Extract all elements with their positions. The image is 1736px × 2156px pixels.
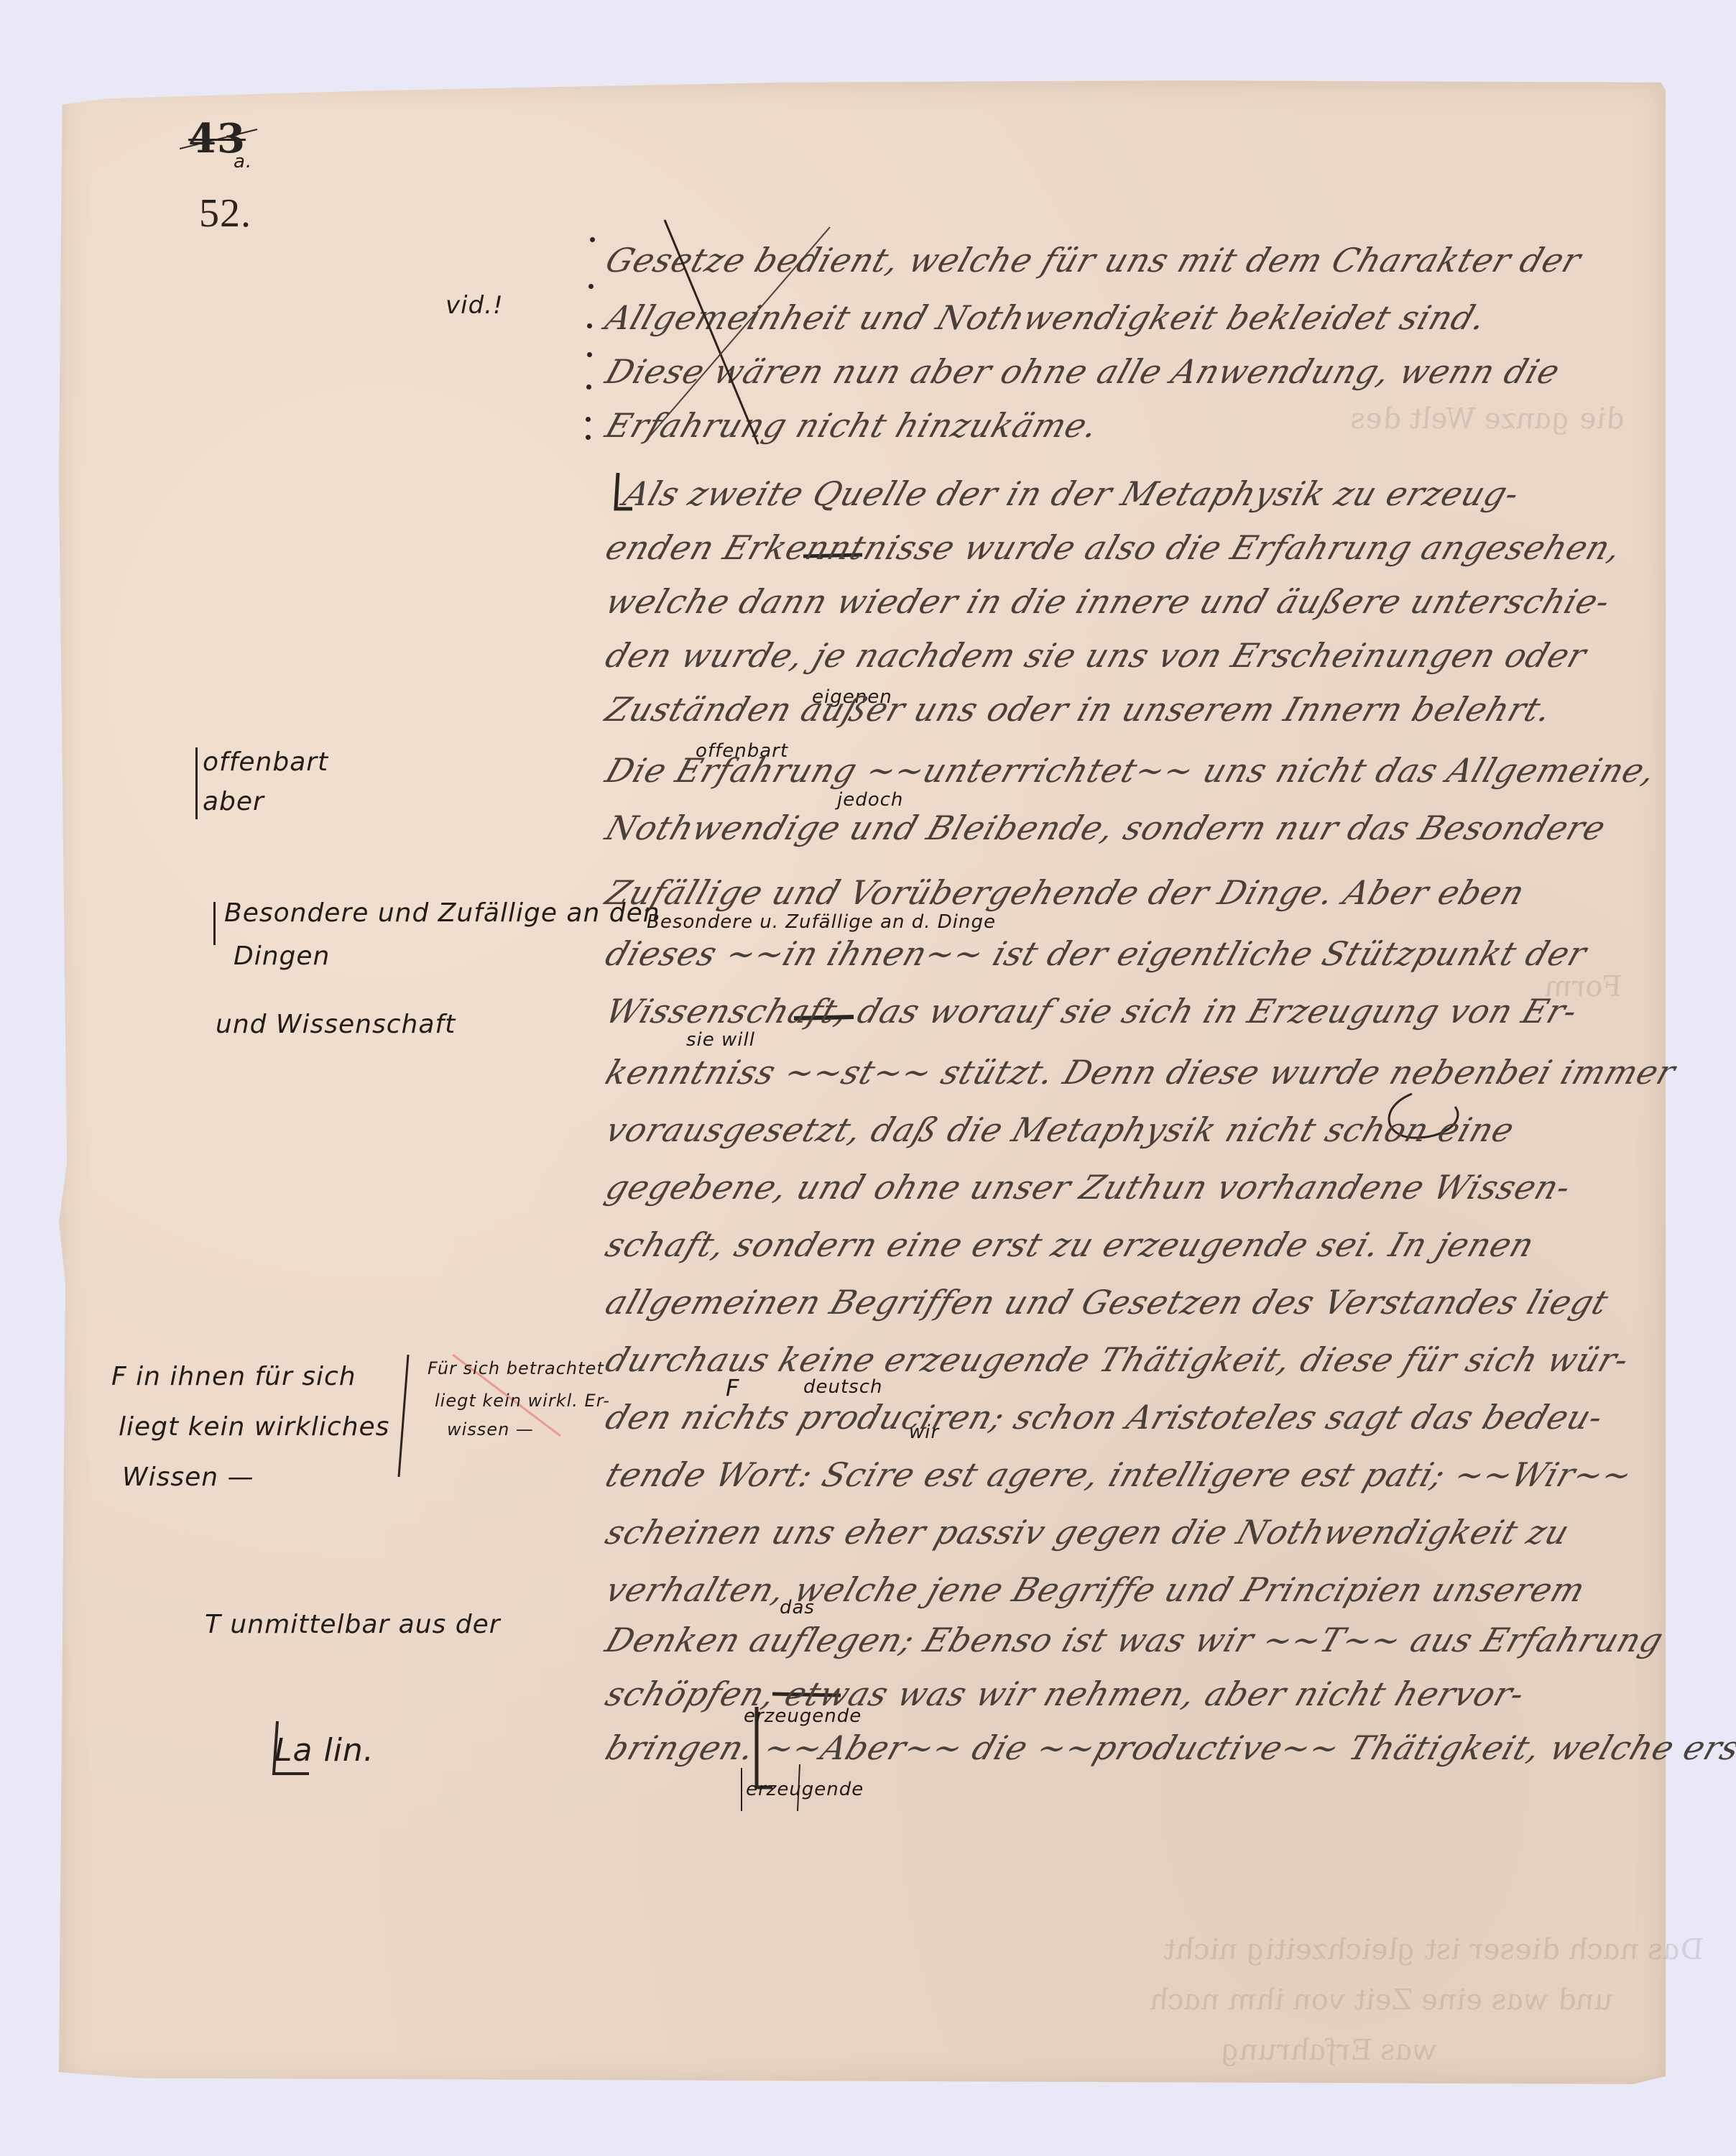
bottom-insert: erzeugende (746, 1779, 864, 1800)
margin-note-fuer-sich: Wissen — (122, 1462, 254, 1492)
margin-bar (213, 902, 216, 945)
main-line: Zufällige und Vorübergehende der Dinge. … (601, 873, 1530, 912)
main-line: Die Erfahrung ~~unterrichtet~~ uns nicht… (601, 751, 1661, 790)
main-line: scheinen uns eher passiv gegen die Nothw… (601, 1513, 1574, 1552)
margin-note-besondere: Dingen (234, 941, 330, 971)
margin-note-offenbart: aber (203, 787, 264, 816)
main-line: tende Wort: Scire est agere, intelligere… (601, 1455, 1638, 1494)
margin-bar (195, 747, 198, 819)
insert-above: sie will (686, 1029, 755, 1051)
margin-note-red-struck: wissen — (447, 1419, 534, 1439)
main-line: den wurde, je nachdem sie uns von Ersche… (601, 636, 1592, 675)
main-line: welche dann wieder in die innere und äuß… (601, 582, 1615, 621)
margin-note-fuer-sich: liegt kein wirkliches (119, 1412, 389, 1442)
margin-note-la-lin: La lin. (274, 1732, 374, 1769)
main-line: enden Erkenntnisse wurde also die Erfahr… (601, 528, 1627, 567)
margin-note-offenbart: offenbart (203, 747, 328, 777)
main-line: allgemeinen Begriffen und Gesetzen des V… (601, 1283, 1613, 1322)
main-line: kenntniss ~~st~~ stützt. Denn diese wurd… (601, 1053, 1681, 1092)
insert-above: erzeugende (744, 1705, 862, 1727)
margin-note-besondere: Besondere und Zufällige an den (224, 898, 660, 928)
margin-note-fuer-sich: F in ihnen für sich (111, 1362, 356, 1391)
margin-note-red-struck: liegt kein wirkl. Er- (435, 1391, 610, 1411)
main-line: Wissenschaft, das worauf sie sich in Erz… (601, 992, 1583, 1031)
main-line: Als zweite Quelle der in der Metaphysik … (619, 474, 1525, 513)
main-line: den nichts produciren; schon Aristoteles… (601, 1398, 1608, 1437)
margin-note-unmittelbar: T unmittelbar aus der (205, 1610, 501, 1639)
margin-note-red-struck: Für sich betrachtet (428, 1358, 604, 1378)
main-line: gegebene, und ohne unser Zuthun vorhande… (601, 1168, 1576, 1207)
margin-note-wissenschaft: und Wissenschaft (216, 1010, 456, 1039)
insert-above: deutsch (803, 1376, 883, 1398)
main-line: Zuständen außer uns oder in unserem Inne… (601, 690, 1557, 729)
main-line: schaft, sondern eine erst zu erzeugende … (601, 1225, 1539, 1264)
main-line: schöpfen, etwas was wir nehmen, aber nic… (601, 1674, 1530, 1713)
insert-above: das (780, 1597, 815, 1618)
main-line: vorausgesetzt, daß die Metaphysik nicht … (601, 1110, 1520, 1149)
insert-above: wir (909, 1422, 939, 1443)
main-line: dieses ~~in ihnen~~ ist der eigentliche … (601, 934, 1592, 973)
main-line: durchaus keine erzeugende Thätigkeit, di… (601, 1340, 1634, 1379)
main-line: bringen. ~~Aber~~ die ~~productive~~ Thä… (601, 1728, 1736, 1767)
main-line: Nothwendige und Bleibende, sondern nur d… (601, 808, 1611, 847)
main-line: verhalten, welche jene Begriffe und Prin… (601, 1570, 1590, 1609)
insert-above: jedoch (837, 789, 903, 811)
insert-above: Besondere u. Zufällige an d. Dinge (647, 911, 996, 933)
main-line: Denken auflegen; Ebenso ist was wir ~~T~… (601, 1621, 1668, 1659)
